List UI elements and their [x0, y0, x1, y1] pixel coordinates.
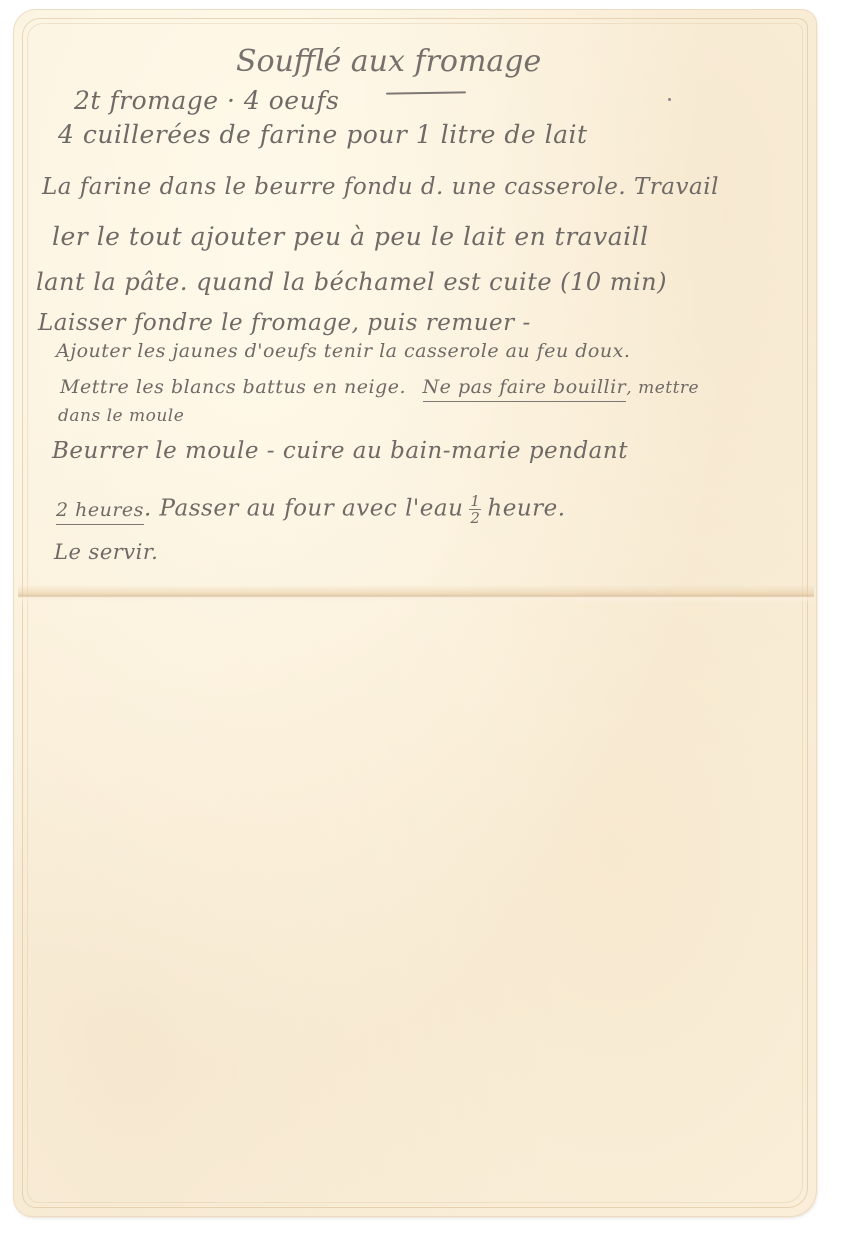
instruction-line-3: lant la pâte. quand la béchamel est cuit… [36, 270, 667, 294]
instruction-line-8: Beurrer le moule - cuire au bain-marie p… [52, 440, 628, 463]
instruction-beat-whites: Mettre les blancs battus en neige. [60, 376, 406, 398]
instruction-line-9: 2 heures. Passer au four avec l'eau12heu… [56, 494, 566, 525]
scanned-page: Soufflé aux fromage 2t fromage · 4 oeufs… [0, 0, 860, 1252]
title-underline [386, 91, 466, 94]
instruction-do-not-boil: Ne pas faire bouillir [423, 376, 627, 402]
instruction-put: , mettre [626, 378, 699, 398]
ink-dot [668, 98, 671, 101]
recipe-title: Soufflé aux fromage [236, 44, 541, 79]
ingredient-line-flour-milk: 4 cuillerées de farine pour 1 litre de l… [58, 122, 588, 147]
instruction-two-hours: 2 heures [56, 499, 144, 525]
instruction-line-4: Laisser fondre le fromage, puis remuer - [38, 312, 531, 335]
instruction-hour: heure. [487, 496, 565, 522]
instruction-line-2: ler le tout ajouter peu à peu le lait en… [52, 224, 649, 249]
instruction-line-5: Ajouter les jaunes d'oeufs tenir la cass… [56, 342, 630, 361]
fraction-one-half: 12 [469, 494, 481, 525]
instruction-line-serve: Le servir. [54, 542, 158, 563]
handwritten-recipe: Soufflé aux fromage 2t fromage · 4 oeufs… [0, 0, 860, 600]
ingredient-line-cheese-eggs: 2t fromage · 4 oeufs [74, 88, 339, 113]
instruction-line-1: La farine dans le beurre fondu d. une ca… [42, 176, 719, 199]
instruction-line-7: dans le moule [58, 408, 184, 425]
instruction-oven: . Passer au four avec l'eau [144, 496, 463, 522]
instruction-line-6: Mettre les blancs battus en neige. Ne pa… [60, 378, 699, 397]
